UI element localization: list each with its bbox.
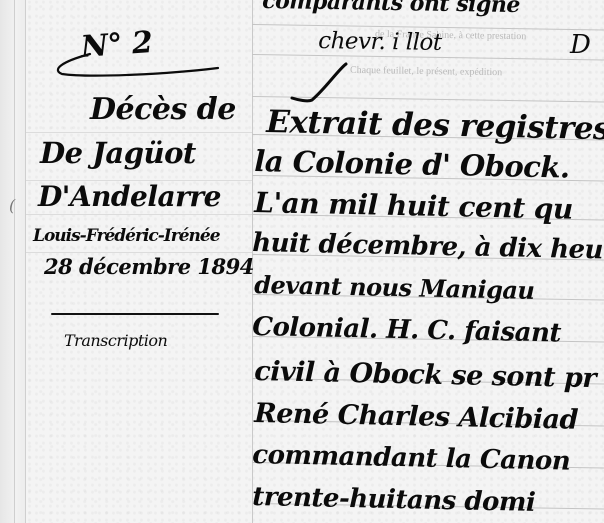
binding-gutter bbox=[0, 0, 26, 523]
body-line-5: devant nous Manigau bbox=[254, 270, 535, 305]
gutter-line bbox=[25, 0, 26, 523]
body-line-9: commandant la Canon bbox=[252, 440, 570, 477]
body-line-1: Extrait des registres de bbox=[266, 104, 604, 148]
document-scan: de la France Sabine, à cette prestation … bbox=[0, 0, 604, 523]
body-line-10: trente-huitans domi bbox=[252, 482, 536, 518]
body-line-3: L'an mil huit cent qu bbox=[254, 186, 573, 226]
body-line-4: huit décembre, à dix heu bbox=[252, 228, 603, 265]
faded-preprinted-text: Chaque feuillet, le présent, expédition bbox=[350, 65, 502, 78]
gutter-line bbox=[14, 0, 15, 523]
margin-surname-line2: D'Andelarre bbox=[38, 180, 221, 213]
body-line-7: civil à Obock se sont pr bbox=[254, 356, 596, 394]
body-signature-partial: D bbox=[570, 30, 590, 60]
body-line-2: la Colonie d' Obock. bbox=[254, 144, 570, 185]
flourish-stroke bbox=[290, 60, 360, 104]
margin-heading: Décès de bbox=[90, 92, 236, 127]
gutter-mark: ( bbox=[9, 196, 15, 215]
margin-given-names: Louis-Frédéric-Irénée bbox=[33, 226, 220, 246]
margin-ruled-line bbox=[26, 252, 252, 253]
margin-annotation: Transcription bbox=[64, 331, 167, 350]
body-line-6: Colonial. H. C. faisant bbox=[252, 312, 561, 348]
margin-ruled-line bbox=[26, 132, 252, 133]
body-line-8: René Charles Alcibiad bbox=[254, 398, 578, 436]
margin-separator-rule bbox=[51, 313, 219, 315]
body-partial-top-line: comparants ont signé bbox=[262, 0, 520, 18]
margin-date: 28 décembre 1894 bbox=[44, 254, 254, 279]
margin-ruled-line bbox=[26, 214, 252, 215]
entry-number-underline-swash bbox=[50, 48, 230, 82]
margin-surname-line1: De Jagüot bbox=[40, 136, 196, 170]
body-signature: chevr. i llot bbox=[318, 28, 442, 56]
